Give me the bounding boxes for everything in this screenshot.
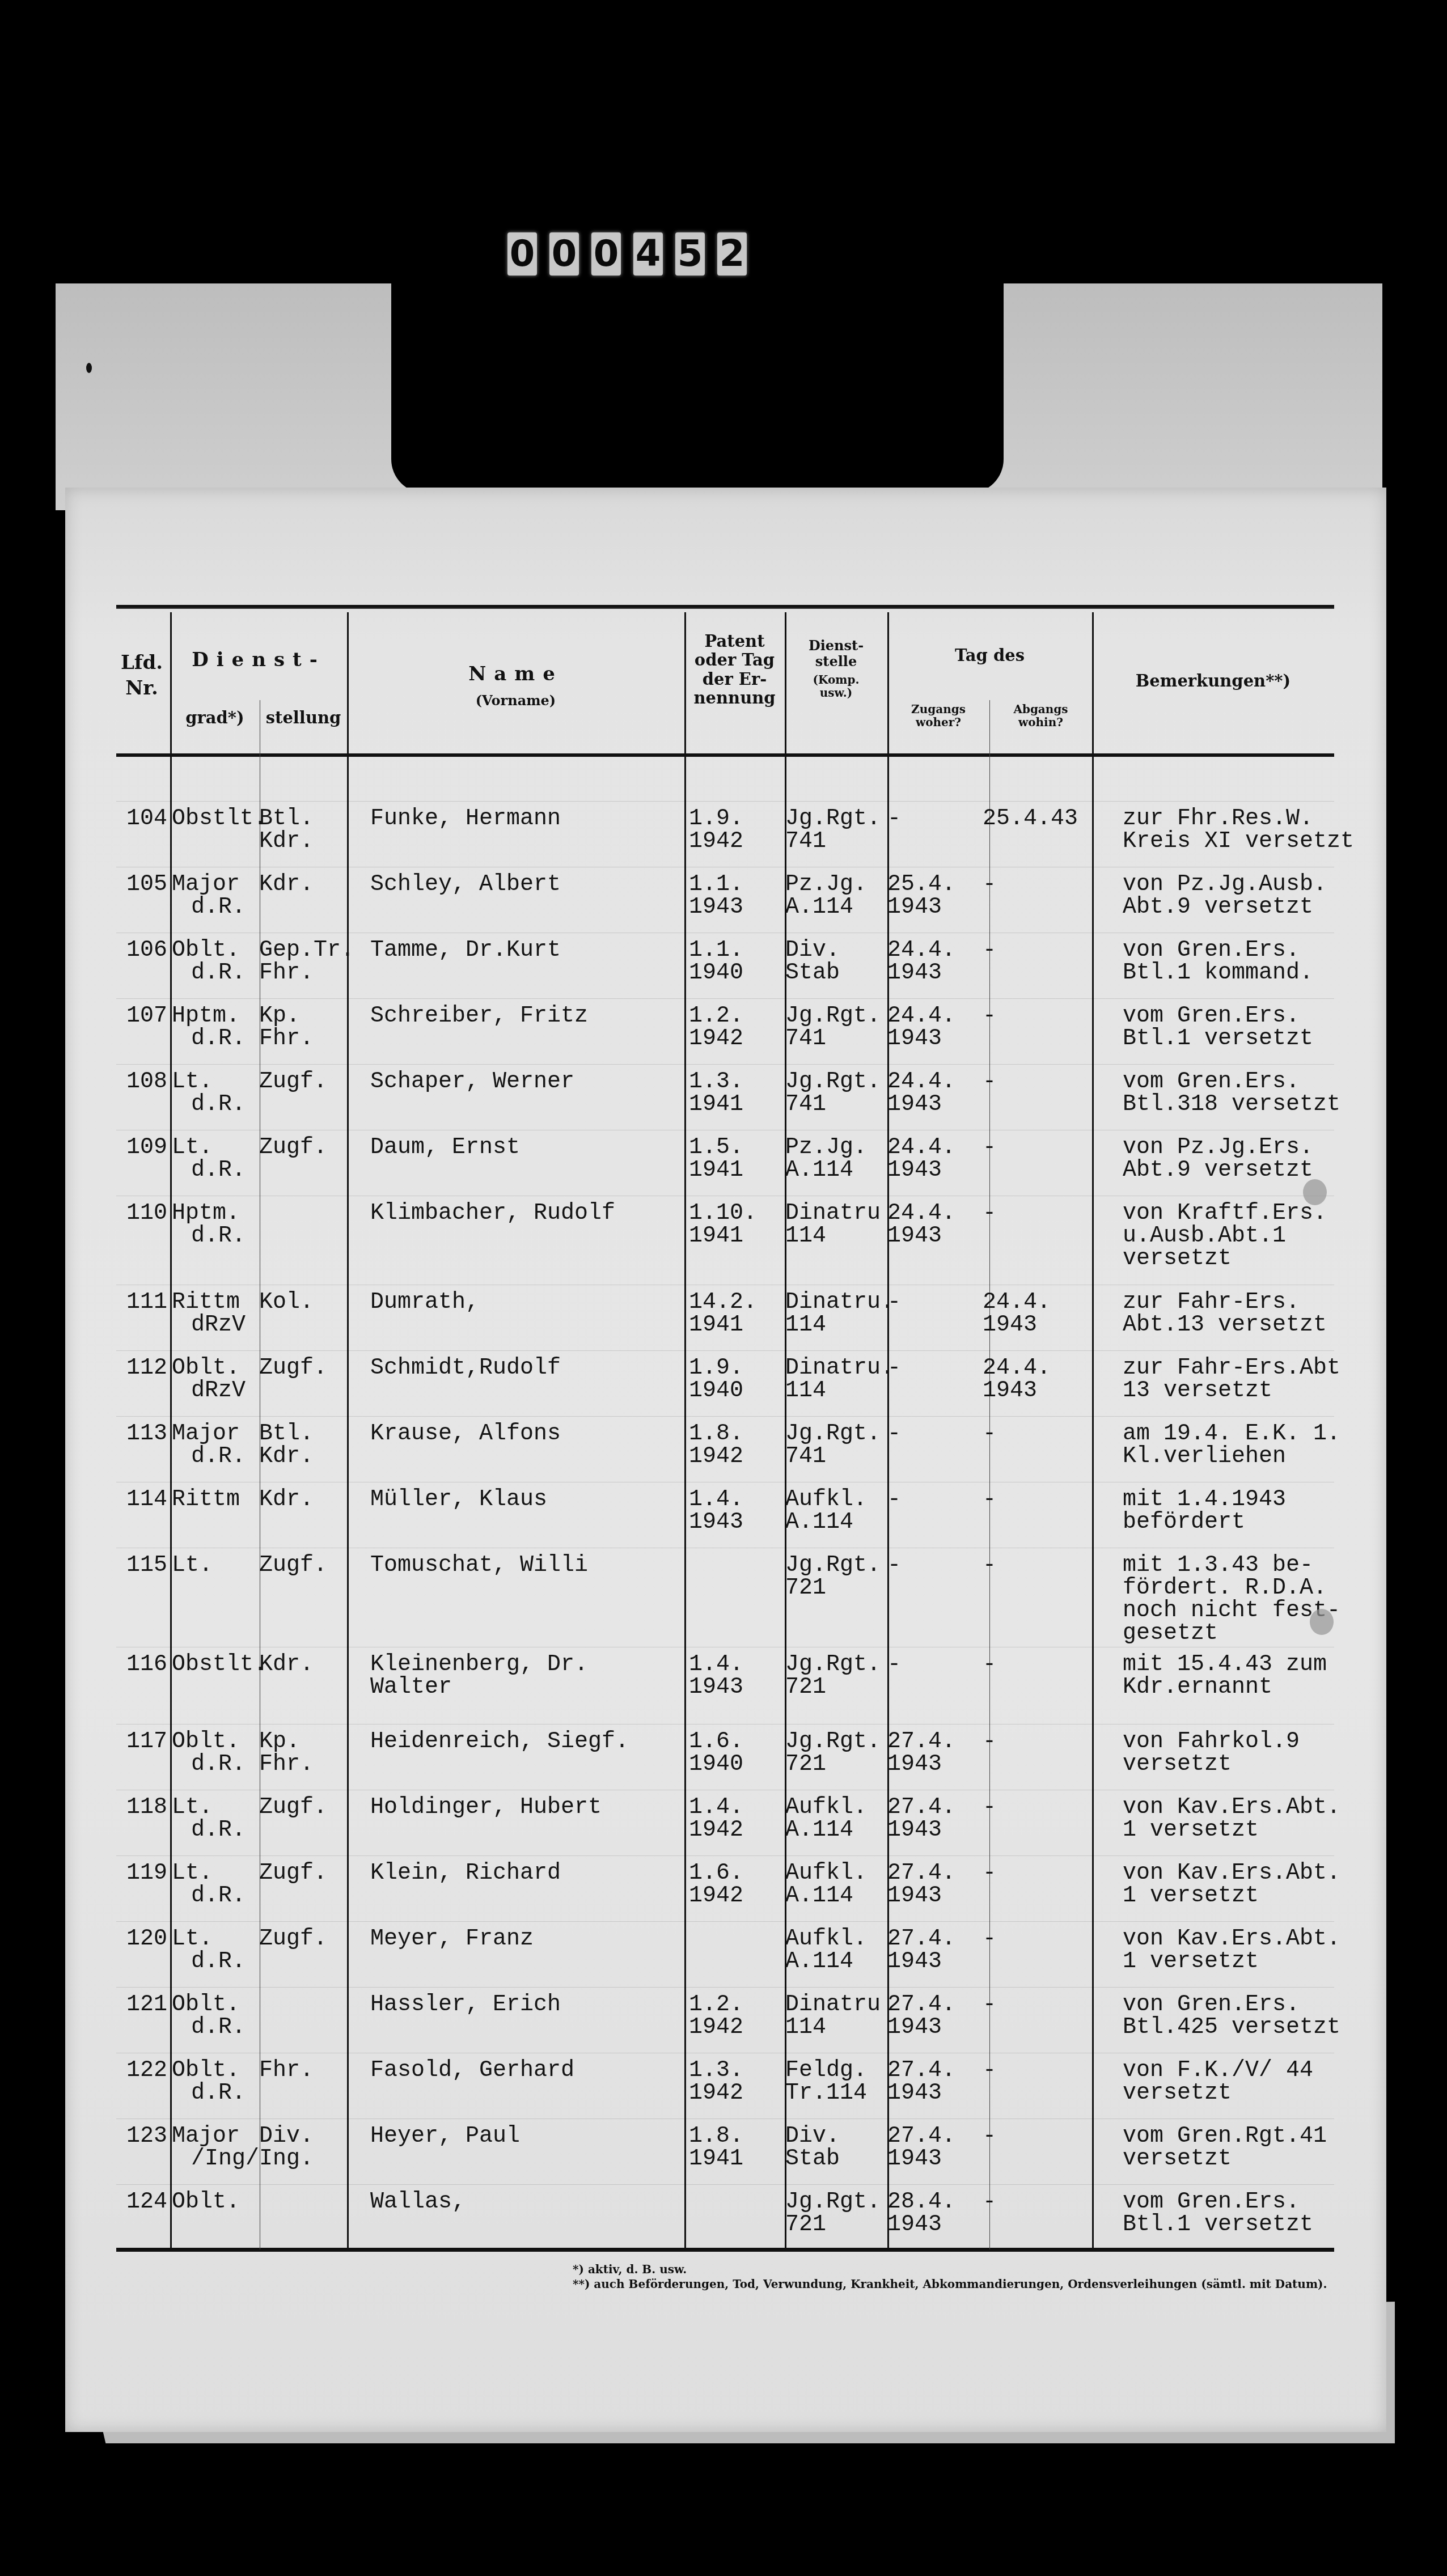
table-row: 109Lt.d.R.Zugf.Daum, Ernst1.5.1941Pz.Jg.… [116,1137,1334,1202]
dienststelle-cell-line: Feldg. [785,2060,882,2082]
bemerkung-cell-line: Btl.318 versetzt [1123,1094,1418,1116]
bemerkung-cell-line: Abt.9 versetzt [1123,1159,1418,1182]
zugang-cell-line: 1943 [887,1159,984,1182]
zugang-cell-line: 1943 [887,1819,984,1842]
bemerkung-cell: von Gren.Ers.Btl.1 kommand. [1123,939,1418,985]
dienststelle-cell: Aufkl.A.114 [785,1928,882,1973]
bemerkung-cell: von F.K./V/ 44versetzt [1123,2060,1418,2105]
dienstgrad-cell: Oblt.d.R. [172,939,267,985]
bemerkung-cell-line: von Fahrkol.9 [1123,1731,1418,1753]
patent-cell-line: 1942 [689,831,774,853]
entry-number: 107 [117,1005,167,1028]
dienststelle-cell-line: Dinatru. [785,1357,882,1380]
header-zugangs: Zugangs woher? [887,703,989,729]
dienststelle-cell: Aufkl.A.114 [785,1862,882,1908]
dienstgrad-cell: Oblt.d.R. [172,2060,267,2105]
bemerkung-cell-line: versetzt [1123,2082,1418,2105]
entry-number: 115 [117,1554,167,1577]
zugang-cell: 24.4.1943 [887,1202,984,1248]
zugang-cell: 27.4.1943 [887,1862,984,1908]
zugang-cell: 27.4.1943 [887,1994,984,2039]
header-dienststelle-line: stelle [785,654,887,670]
entry-number: 120 [117,1928,167,1951]
dienststelle-cell-line: 741 [785,831,882,853]
name-cell: Meyer, Franz [370,1928,813,1951]
dienststelle-cell-line: Div. [785,2125,882,2148]
zugang-cell-line: 24.4. [887,939,984,962]
abgang-cell-line: - [983,1202,1096,1225]
zugang-cell-line: 27.4. [887,1928,984,1951]
header-lfd-nr: Lfd. Nr. [116,652,167,700]
patent-cell-line: 1.3. [689,2060,774,2082]
dienststelle-cell-line: Aufkl. [785,1489,882,1511]
zugang-cell-line: - [887,1654,984,1676]
header-dienststelle: Dienst- stelle (Komp. usw.) [785,638,887,700]
patent-cell: 1.8.1941 [689,2125,774,2171]
dienstgrad-cell: Hptm.d.R. [172,1005,267,1050]
dienststellung-cell-line: Fhr. [259,1028,350,1050]
punch-hole [86,363,92,373]
abgang-cell: - [983,939,1096,962]
zugang-cell-line: 1943 [887,2148,984,2171]
zugang-cell-line: - [887,1357,984,1380]
dienststellung-cell-line: Zugf. [259,1137,350,1159]
row-guide-line [116,998,1334,999]
bemerkung-cell-line: mit 1.4.1943 [1123,1489,1418,1511]
abgang-cell: - [983,1928,1096,1951]
dienststelle-cell: Jg.Rgt.721 [785,1731,882,1776]
abgang-cell: - [983,1423,1096,1446]
bemerkung-cell: von Pz.Jg.Ers.Abt.9 versetzt [1123,1137,1418,1182]
patent-cell-line: 1.4. [689,1797,774,1819]
dienststellung-cell: Div.Ing. [259,2125,350,2171]
dienststellung-cell-line: Kdr. [259,1654,350,1676]
dienstgrad-cell: Lt.d.R. [172,1137,267,1182]
dienststelle-cell-line: Stab [785,962,882,985]
patent-cell-line: 1941 [689,1094,774,1116]
zugang-cell-line: 27.4. [887,1994,984,2016]
dienstgrad-cell-line: d.R. [172,2082,267,2105]
frame-digit: 0 [549,232,579,276]
table-row: 118Lt.d.R.Zugf.Holdinger, Hubert1.4.1942… [116,1797,1334,1862]
dienststelle-cell-line: Jg.Rgt. [785,1005,882,1028]
zugang-cell: 28.4.1943 [887,2191,984,2236]
dienststelle-cell-line: A.114 [785,1159,882,1182]
zugang-cell-line: - [887,1554,984,1577]
header-dienst: Dienst- [170,649,347,671]
row-guide-line [116,1350,1334,1351]
zugang-cell-line: 1943 [887,896,984,919]
dienstgrad-cell: Lt.d.R. [172,1071,267,1116]
abgang-cell: - [983,1202,1096,1225]
bemerkung-cell-line: vom Gren.Rgt.41 [1123,2125,1418,2148]
patent-cell-line: 1.8. [689,1423,774,1446]
row-guide-line [116,1647,1334,1647]
zugang-cell-line: 27.4. [887,1797,984,1819]
dienstgrad-cell-line: Oblt. [172,939,267,962]
abgang-cell-line: - [983,1994,1096,2016]
table-row: 119Lt.d.R.Zugf.Klein, Richard1.6.1942Auf… [116,1862,1334,1928]
dienststellung-cell: Zugf. [259,1797,350,1819]
dienststellung-cell-line: Kp. [259,1731,350,1753]
footnote-bemerkungen: **) auch Beförderungen, Tod, Verwundung,… [573,2277,1327,2291]
abgang-cell: - [983,1005,1096,1028]
dienststelle-cell: Dinatru.114 [785,1291,882,1337]
row-guide-line [116,1130,1334,1130]
dienststelle-cell-line: Tr.114 [785,2082,882,2105]
dienstgrad-cell-line: d.R. [172,1951,267,1973]
zugang-cell: 27.4.1943 [887,2060,984,2105]
row-guide-line [116,801,1334,802]
bemerkung-cell-line: versetzt [1123,1753,1418,1776]
dienststelle-cell: Jg.Rgt.741 [785,808,882,853]
patent-cell-line: 1.1. [689,939,774,962]
bemerkung-cell-line: 1 versetzt [1123,1951,1418,1973]
header-vorname: (Vorname) [347,693,684,709]
dienststellung-cell-line: Kdr. [259,1446,350,1468]
bemerkung-cell: vom Gren.Ers.Btl.1 versetzt [1123,1005,1418,1050]
patent-cell-line: 1942 [689,1028,774,1050]
bemerkung-cell-line: von F.K./V/ 44 [1123,2060,1418,2082]
header-patent: Patent oder Tag der Er- nennung [684,632,785,707]
dienststelle-cell-line: Aufkl. [785,1862,882,1885]
abgang-cell-line: - [983,939,1096,962]
abgang-cell-line: 1943 [983,1314,1096,1337]
dienststellung-cell: Kol. [259,1291,350,1314]
zugang-cell: 27.4.1943 [887,1928,984,1973]
dienststellung-cell-line: Zugf. [259,1862,350,1885]
bemerkung-cell-line: vom Gren.Ers. [1123,1071,1418,1094]
zugang-cell-line: 1943 [887,1885,984,1908]
zugang-cell-line: - [887,1423,984,1446]
bemerkung-cell: von Kav.Ers.Abt.1 versetzt [1123,1862,1418,1908]
dienstgrad-cell-line: Lt. [172,1554,267,1577]
zugang-cell-line: 25.4. [887,874,984,896]
dienststelle-cell-line: Jg.Rgt. [785,1654,882,1676]
bemerkung-cell-line: Abt.13 versetzt [1123,1314,1418,1337]
dienststellung-cell: Btl.Kdr. [259,808,350,853]
patent-cell-line: 1.10. [689,1202,774,1225]
table-header-rule [116,753,1334,757]
dienststellung-cell: Zugf. [259,1928,350,1951]
dienststelle-cell-line: 741 [785,1028,882,1050]
patent-cell-line: 1942 [689,1819,774,1842]
table-row: 112Oblt.dRzVZugf.Schmidt,Rudolf1.9.1940D… [116,1357,1334,1423]
table-row: 120Lt.d.R.Zugf.Meyer, FranzAufkl.A.11427… [116,1928,1334,1994]
patent-cell: 1.9.1940 [689,1357,774,1403]
patent-cell-line: 1.2. [689,1005,774,1028]
zugang-cell-line: 1943 [887,2214,984,2236]
abgang-cell: - [983,874,1096,896]
patent-cell-line: 1943 [689,1511,774,1534]
patent-cell-line: 1942 [689,1446,774,1468]
dienststellung-cell: Zugf. [259,1071,350,1094]
dienstgrad-cell-line: Lt. [172,1137,267,1159]
dienststelle-cell-line: Jg.Rgt. [785,2191,882,2214]
frame-digit: 5 [675,232,705,276]
zugang-cell-line: 1943 [887,1753,984,1776]
entry-number: 108 [117,1071,167,1094]
zugang-cell-line: 24.4. [887,1005,984,1028]
bemerkung-cell-line: von Gren.Ers. [1123,939,1418,962]
dienststelle-cell: Jg.Rgt.721 [785,2191,882,2236]
abgang-cell-line: 24.4. [983,1291,1096,1314]
name-cell-line: Meyer, Franz [370,1928,813,1951]
row-guide-line [116,1724,1334,1725]
row-guide-line [116,2119,1334,2119]
footnote-aktiv: *) aktiv, d. B. usw. [573,2262,1327,2277]
patent-cell-line: 1942 [689,1885,774,1908]
dienststellung-cell: Gep.Tr.Fhr. [259,939,350,985]
table-row: 115Lt.Zugf.Tomuschat, WilliJg.Rgt.721--m… [116,1554,1334,1620]
patent-cell-line: 1943 [689,896,774,919]
row-guide-line [116,1285,1334,1285]
abgang-cell-line: - [983,1137,1096,1159]
table-row: 107Hptm.d.R.Kp.Fhr.Schreiber, Fritz1.2.1… [116,1005,1334,1071]
bemerkung-cell: am 19.4. E.K. 1.Kl.verliehen [1123,1423,1418,1468]
patent-cell: 1.4.1943 [689,1654,774,1699]
dienstgrad-cell-line: Major [172,2125,267,2148]
dienststelle-cell-line: 721 [785,1577,882,1600]
dienststellung-cell-line: Zugf. [259,1928,350,1951]
microfilm-frame-counter: 0 0 0 4 5 2 [507,232,747,276]
dienststelle-cell: Pz.Jg.A.114 [785,1137,882,1182]
row-guide-line [116,867,1334,867]
dienstgrad-cell-line: Hptm. [172,1005,267,1028]
dienststelle-cell-line: Pz.Jg. [785,1137,882,1159]
table-row: 117Oblt.d.R.Kp.Fhr.Heidenreich, Siegf.1.… [116,1731,1334,1797]
bemerkung-cell: mit 1.4.1943befördert [1123,1489,1418,1534]
bemerkung-cell-line: versetzt [1123,1248,1418,1270]
dienstgrad-cell: Oblt. [172,2191,267,2214]
dienstgrad-cell: RittmdRzV [172,1291,267,1337]
dienststelle-cell: Jg.Rgt.721 [785,1654,882,1699]
bemerkung-cell-line: Kdr.ernannt [1123,1676,1418,1699]
dienststelle-cell-line: Dinatru [785,1202,882,1225]
bemerkung-cell-line: versetzt [1123,2148,1418,2171]
table-row: 124Oblt.Wallas,Jg.Rgt.72128.4.1943-vom G… [116,2191,1334,2257]
dienststelle-cell-line: Jg.Rgt. [785,808,882,831]
dienstgrad-cell: Oblt.dRzV [172,1357,267,1403]
header-abgangs-line: Abgangs [989,703,1092,716]
row-guide-line [116,1548,1334,1548]
dienstgrad-cell: Lt.d.R. [172,1797,267,1842]
entry-number: 116 [117,1654,167,1676]
table-row: 113Majord.R.Btl.Kdr.Krause, Alfons1.8.19… [116,1423,1334,1489]
zugang-cell: - [887,808,984,831]
entry-number: 123 [117,2125,167,2148]
patent-cell: 1.1.1943 [689,874,774,919]
dienststelle-cell: Jg.Rgt.741 [785,1071,882,1116]
entry-number: 124 [117,2191,167,2214]
bemerkung-cell-line: von Kav.Ers.Abt. [1123,1928,1418,1951]
zugang-cell: 27.4.1943 [887,1797,984,1842]
abgang-cell-line: - [983,1489,1096,1511]
dienstgrad-cell-line: Oblt. [172,1357,267,1380]
zugang-cell: - [887,1489,984,1511]
dienstgrad-cell-line: Rittm [172,1291,267,1314]
patent-cell: 14.2.1941 [689,1291,774,1337]
bemerkung-cell-line: Kreis XI versetzt [1123,831,1418,853]
dienststelle-cell-line: Aufkl. [785,1797,882,1819]
dienststelle-cell-line: A.114 [785,1951,882,1973]
dienstgrad-cell-line: Obstlt. [172,808,267,831]
dienststellung-cell: Kp.Fhr. [259,1005,350,1050]
patent-cell-line: 1.2. [689,1994,774,2016]
entry-number: 113 [117,1423,167,1446]
patent-cell-line: 1.9. [689,1357,774,1380]
dienststelle-cell-line: 114 [785,1380,882,1403]
dienststelle-cell: Dinatru.114 [785,1357,882,1403]
dienststelle-cell: Div.Stab [785,2125,882,2171]
header-patent-line: nennung [684,689,785,707]
header-dienstgrad: grad*) [170,709,260,727]
dienststelle-cell-line: A.114 [785,1511,882,1534]
dienstgrad-cell: Lt.d.R. [172,1928,267,1973]
dienstgrad-cell: Majord.R. [172,874,267,919]
patent-cell-line: 1941 [689,1159,774,1182]
row-guide-line [116,2184,1334,2185]
dienststellung-cell: Btl.Kdr. [259,1423,350,1468]
footnotes: *) aktiv, d. B. usw. **) auch Beförderun… [573,2262,1327,2291]
patent-cell: 1.10.1941 [689,1202,774,1248]
dienststelle-cell-line: Pz.Jg. [785,874,882,896]
patent-cell: 1.8.1942 [689,1423,774,1468]
zugang-cell: 27.4.1943 [887,1731,984,1776]
entry-number: 111 [117,1291,167,1314]
dienstgrad-cell-line: Oblt. [172,2060,267,2082]
dienstgrad-cell-line: d.R. [172,2016,267,2039]
dienstgrad-cell: Rittm [172,1489,267,1511]
dienststellung-cell: Zugf. [259,1357,350,1380]
patent-cell: 1.3.1942 [689,2060,774,2105]
patent-cell-line: 1942 [689,2082,774,2105]
row-guide-line [116,1987,1334,1988]
zugang-cell-line: 27.4. [887,2125,984,2148]
abgang-cell-line: - [983,1862,1096,1885]
dienststellung-cell-line: Kp. [259,1005,350,1028]
dienststelle-cell-line: 721 [785,1753,882,1776]
patent-cell-line: 1.9. [689,808,774,831]
bemerkung-cell-line: zur Fhr.Res.W. [1123,808,1418,831]
entry-number: 106 [117,939,167,962]
patent-cell-line: 1941 [689,2148,774,2171]
dienststellung-cell: Kdr. [259,1654,350,1676]
row-guide-line [116,1416,1334,1417]
dienstgrad-cell-line: /Ing/ [172,2148,267,2171]
dienststelle-cell-line: Aufkl. [785,1928,882,1951]
dienstgrad-cell: Major/Ing/ [172,2125,267,2171]
zugang-cell: - [887,1423,984,1446]
dienstgrad-cell-line: Rittm [172,1489,267,1511]
abgang-cell: - [983,1797,1096,1819]
entry-number: 110 [117,1202,167,1225]
dienstgrad-cell-line: dRzV [172,1380,267,1403]
dienstgrad-cell-line: Oblt. [172,1994,267,2016]
dienstgrad-cell-line: Obstlt. [172,1654,267,1676]
zugang-cell-line: 24.4. [887,1137,984,1159]
patent-cell: 1.6.1942 [689,1862,774,1908]
table-row: 105Majord.R.Kdr.Schley, Albert1.1.1943Pz… [116,874,1334,939]
entry-number: 122 [117,2060,167,2082]
dienststelle-cell-line: Stab [785,2148,882,2171]
bemerkung-cell-line: fördert. R.D.A. [1123,1577,1418,1600]
entry-number: 109 [117,1137,167,1159]
dienststelle-cell: Jg.Rgt.721 [785,1554,882,1600]
patent-cell: 1.6.1940 [689,1731,774,1776]
paper-stain [1310,1609,1334,1635]
dienststellung-cell: Fhr. [259,2060,350,2082]
zugang-cell-line: 24.4. [887,1202,984,1225]
abgang-cell: - [983,1862,1096,1885]
abgang-cell: - [983,2060,1096,2082]
patent-cell-line: 1941 [689,1225,774,1248]
bemerkung-cell-line: von Kav.Ers.Abt. [1123,1797,1418,1819]
abgang-cell: 24.4.1943 [983,1357,1096,1403]
dienststelle-cell: Pz.Jg.A.114 [785,874,882,919]
dienststelle-cell-line: Div. [785,939,882,962]
dienststelle-cell-line: 114 [785,1314,882,1337]
zugang-cell-line: 1943 [887,1028,984,1050]
abgang-cell-line: 25.4.43 [983,808,1096,831]
abgang-cell-line: - [983,1423,1096,1446]
dienststellung-cell: Kp.Fhr. [259,1731,350,1776]
bemerkung-cell-line: u.Ausb.Abt.1 [1123,1225,1418,1248]
abgang-cell-line: - [983,1731,1096,1753]
bemerkung-cell-line: mit 1.3.43 be- [1123,1554,1418,1577]
bemerkung-cell-line: Btl.425 versetzt [1123,2016,1418,2039]
dienstgrad-cell: Hptm.d.R. [172,1202,267,1248]
abgang-cell: - [983,1731,1096,1753]
bemerkung-cell-line: gesetzt [1123,1622,1418,1645]
name-cell: Wallas, [370,2191,813,2214]
header-abgangs-line: wohin? [989,716,1092,729]
zugang-cell-line: - [887,1489,984,1511]
entry-number: 114 [117,1489,167,1511]
bemerkung-cell-line: von Pz.Jg.Ausb. [1123,874,1418,896]
bemerkung-cell: mit 15.4.43 zumKdr.ernannt [1123,1654,1418,1699]
abgang-cell: 24.4.1943 [983,1291,1096,1337]
patent-cell-line: 1943 [689,1676,774,1699]
dienstgrad-cell-line: d.R. [172,1225,267,1248]
zugang-cell: - [887,1654,984,1676]
table-row: 114RittmKdr.Müller, Klaus1.4.1943Aufkl.A… [116,1489,1334,1554]
entry-number: 118 [117,1797,167,1819]
zugang-cell-line: 24.4. [887,1071,984,1094]
dienststelle-cell-line: 114 [785,1225,882,1248]
header-name: Name [347,663,684,685]
patent-cell-line: 1.1. [689,874,774,896]
bemerkung-cell-line: 1 versetzt [1123,1819,1418,1842]
header-patent-line: der Er- [684,670,785,689]
dienststelle-cell: Dinatru114 [785,1994,882,2039]
dienststelle-cell-line: 721 [785,2214,882,2236]
dienststellung-cell-line: Fhr. [259,962,350,985]
dienststelle-cell: Feldg.Tr.114 [785,2060,882,2105]
dienststellung-cell-line: Btl. [259,808,350,831]
header-dienststelle-line: usw.) [785,687,887,700]
zugang-cell: 25.4.1943 [887,874,984,919]
zugang-cell-line: 27.4. [887,2060,984,2082]
bemerkung-cell: zur Fhr.Res.W.Kreis XI versetzt [1123,808,1418,853]
dienstgrad-cell-line: Lt. [172,1071,267,1094]
bemerkung-cell: zur Fahr-Ers.Abt13 versetzt [1123,1357,1418,1403]
bemerkung-cell-line: Btl.1 versetzt [1123,2214,1418,2236]
dienststellung-cell-line: Fhr. [259,2060,350,2082]
bemerkung-cell: vom Gren.Rgt.41versetzt [1123,2125,1418,2171]
bemerkung-cell-line: am 19.4. E.K. 1. [1123,1423,1418,1446]
patent-cell: 1.1.1940 [689,939,774,985]
